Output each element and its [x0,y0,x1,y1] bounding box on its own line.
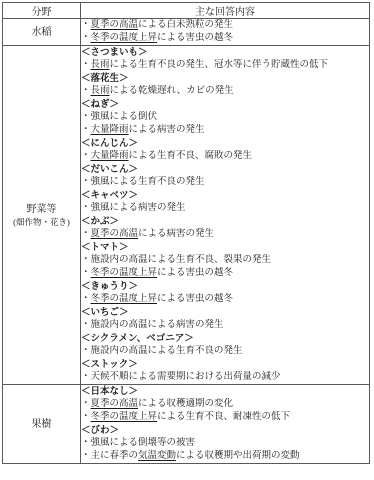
crop-name: ＜いちご＞ [81,306,369,319]
answer-item: ・施設内の高温による病害の発生 [81,319,369,332]
table-head: 分野 主な回答内容 [3,3,370,19]
underlined-keyword: 冬季の温度上昇 [91,294,158,304]
answer-item: ・天候不順による需要期における出荷量の減少 [81,371,369,384]
underlined-keyword: 冬季の温度上昇 [91,268,158,278]
answer-text: 強風による倒伏 [91,112,158,122]
category-cell: 果樹 [3,385,81,464]
underlined-keyword: 夏季の高温 [91,20,139,30]
underlined-keyword: 夏季の高温 [91,229,139,239]
answer-item: ・冬季の温度上昇による害虫の越冬 [81,293,369,306]
crop-name: ＜かぶ＞ [81,215,369,228]
crop-name: ＜トマト＞ [81,241,369,254]
crop-name: ＜日本なし＞ [81,385,369,398]
answer-text: による害虫の越冬 [157,294,233,304]
header-row: 分野 主な回答内容 [3,3,370,19]
underlined-keyword: 長雨 [91,60,110,70]
column-header-content: 主な回答内容 [81,3,370,19]
answer-text: による害虫の越冬 [157,268,233,278]
underlined-keyword: 冬季の温度上昇 [91,33,158,43]
answer-item: ・夏季の高温による収穫適期の変化 [81,398,369,411]
answer-item: ・冬季の温度上昇による害虫の越冬 [81,32,369,45]
answer-item: ・強風による生育不良の発生 [81,176,369,189]
answer-text: による生育不良、耐凍性の低下 [157,412,290,422]
answer-item: ・強風による倒伏 [81,111,369,124]
answer-item: ・大量降雨による病害の発生 [81,124,369,137]
category-label: 果樹 [3,418,80,431]
crop-name: ＜シクラメン、ベゴニア＞ [81,332,369,345]
answer-item: ・大量降雨による生育不良、腐敗の発生 [81,150,369,163]
answers-table: 分野 主な回答内容 水稲・夏季の高温による白未熟粒の発生・冬季の温度上昇による害… [2,2,370,464]
content-cell: ＜日本なし＞・夏季の高温による収穫適期の変化・冬季の温度上昇による生育不良、耐凍… [81,385,370,464]
answer-text: による収穫期や出荷期の変動 [176,451,300,461]
category-label: 野菜等 [3,203,80,216]
category-cell: 水稲 [3,19,81,46]
answer-item: ・冬季の温度上昇による害虫の越冬 [81,267,369,280]
underlined-keyword: 長雨 [91,86,110,96]
crop-name: ＜にんじん＞ [81,137,369,150]
answer-text: による病害の発生 [138,229,214,239]
answer-item: ・夏季の高温による病害の発生 [81,228,369,241]
category-note: (畑作物・花き) [3,216,80,228]
crop-name: ＜ねぎ＞ [81,98,369,111]
answer-text: による白未熟粒の発生 [138,20,233,30]
answer-text: 施設内の高温による生育不良の発生 [91,346,243,356]
table-row: 果樹＜日本なし＞・夏季の高温による収穫適期の変化・冬季の温度上昇による生育不良、… [3,385,370,464]
category-label: 水稲 [3,26,80,39]
answer-text: 施設内の高温による生育不良、裂果の発生 [91,255,272,265]
crop-name: ＜びわ＞ [81,424,369,437]
answer-item: ・強風による倒壊等の被害 [81,437,369,450]
underlined-keyword: 冬季の温度上昇 [91,412,158,422]
column-header-field: 分野 [3,3,81,19]
underlined-keyword: 大量降雨 [91,125,129,135]
crop-name: ＜落花生＞ [81,72,369,85]
crop-name: ＜キャベツ＞ [81,189,369,202]
answer-text: による収穫適期の変化 [138,399,233,409]
answer-item: ・施設内の高温による生育不良、裂果の発生 [81,254,369,267]
underlined-keyword: 大量降雨 [91,151,129,161]
answer-text: による病害の発生 [129,125,205,135]
answer-text: 強風による生育不良の発生 [91,177,205,187]
crop-name: ＜きゅうり＞ [81,280,369,293]
answer-text: 強風による病害の発生 [91,203,186,213]
answer-item: ・夏季の高温による白未熟粒の発生 [81,19,369,32]
document-page: 分野 主な回答内容 水稲・夏季の高温による白未熟粒の発生・冬季の温度上昇による害… [0,0,374,464]
answer-item: ・施設内の高温による生育不良の発生 [81,345,369,358]
answer-item: ・冬季の温度上昇による生育不良、耐凍性の低下 [81,411,369,424]
answer-item: ・主に春季の気温変動による収穫期や出荷期の変動 [81,450,369,463]
answer-item: ・長雨による生育不良の発生、冠水等に伴う貯蔵性の低下 [81,59,369,72]
content-cell: ＜さつまいも＞・長雨による生育不良の発生、冠水等に伴う貯蔵性の低下＜落花生＞・長… [81,46,370,385]
answer-text: 施設内の高温による病害の発生 [91,320,224,330]
answer-item: ・長雨による乾燥遅れ、カビの発生 [81,85,369,98]
answer-text: 天候不順による需要期における出荷量の減少 [91,372,281,382]
answer-text: 強風による倒壊等の被害 [91,438,196,448]
underlined-keyword: 夏季の高温 [91,399,139,409]
content-cell: ・夏季の高温による白未熟粒の発生・冬季の温度上昇による害虫の越冬 [81,19,370,46]
answer-text: による乾燥遅れ、カビの発生 [110,86,234,96]
answer-text: による生育不良の発生、冠水等に伴う貯蔵性の低下 [110,60,329,70]
underlined-keyword: 気温変動 [138,451,176,461]
crop-name: ＜さつまいも＞ [81,46,369,59]
table-row: 水稲・夏季の高温による白未熟粒の発生・冬季の温度上昇による害虫の越冬 [3,19,370,46]
table-row: 野菜等(畑作物・花き)＜さつまいも＞・長雨による生育不良の発生、冠水等に伴う貯蔵… [3,46,370,385]
answer-text: による害虫の越冬 [157,33,233,43]
answer-text: による生育不良、腐敗の発生 [129,151,253,161]
crop-name: ＜だいこん＞ [81,163,369,176]
crop-name: ＜ストック＞ [81,358,369,371]
category-cell: 野菜等(畑作物・花き) [3,46,81,385]
answer-item: ・強風による病害の発生 [81,202,369,215]
answer-text: 主に春季の [91,451,139,461]
table-body: 水稲・夏季の高温による白未熟粒の発生・冬季の温度上昇による害虫の越冬野菜等(畑作… [3,19,370,464]
